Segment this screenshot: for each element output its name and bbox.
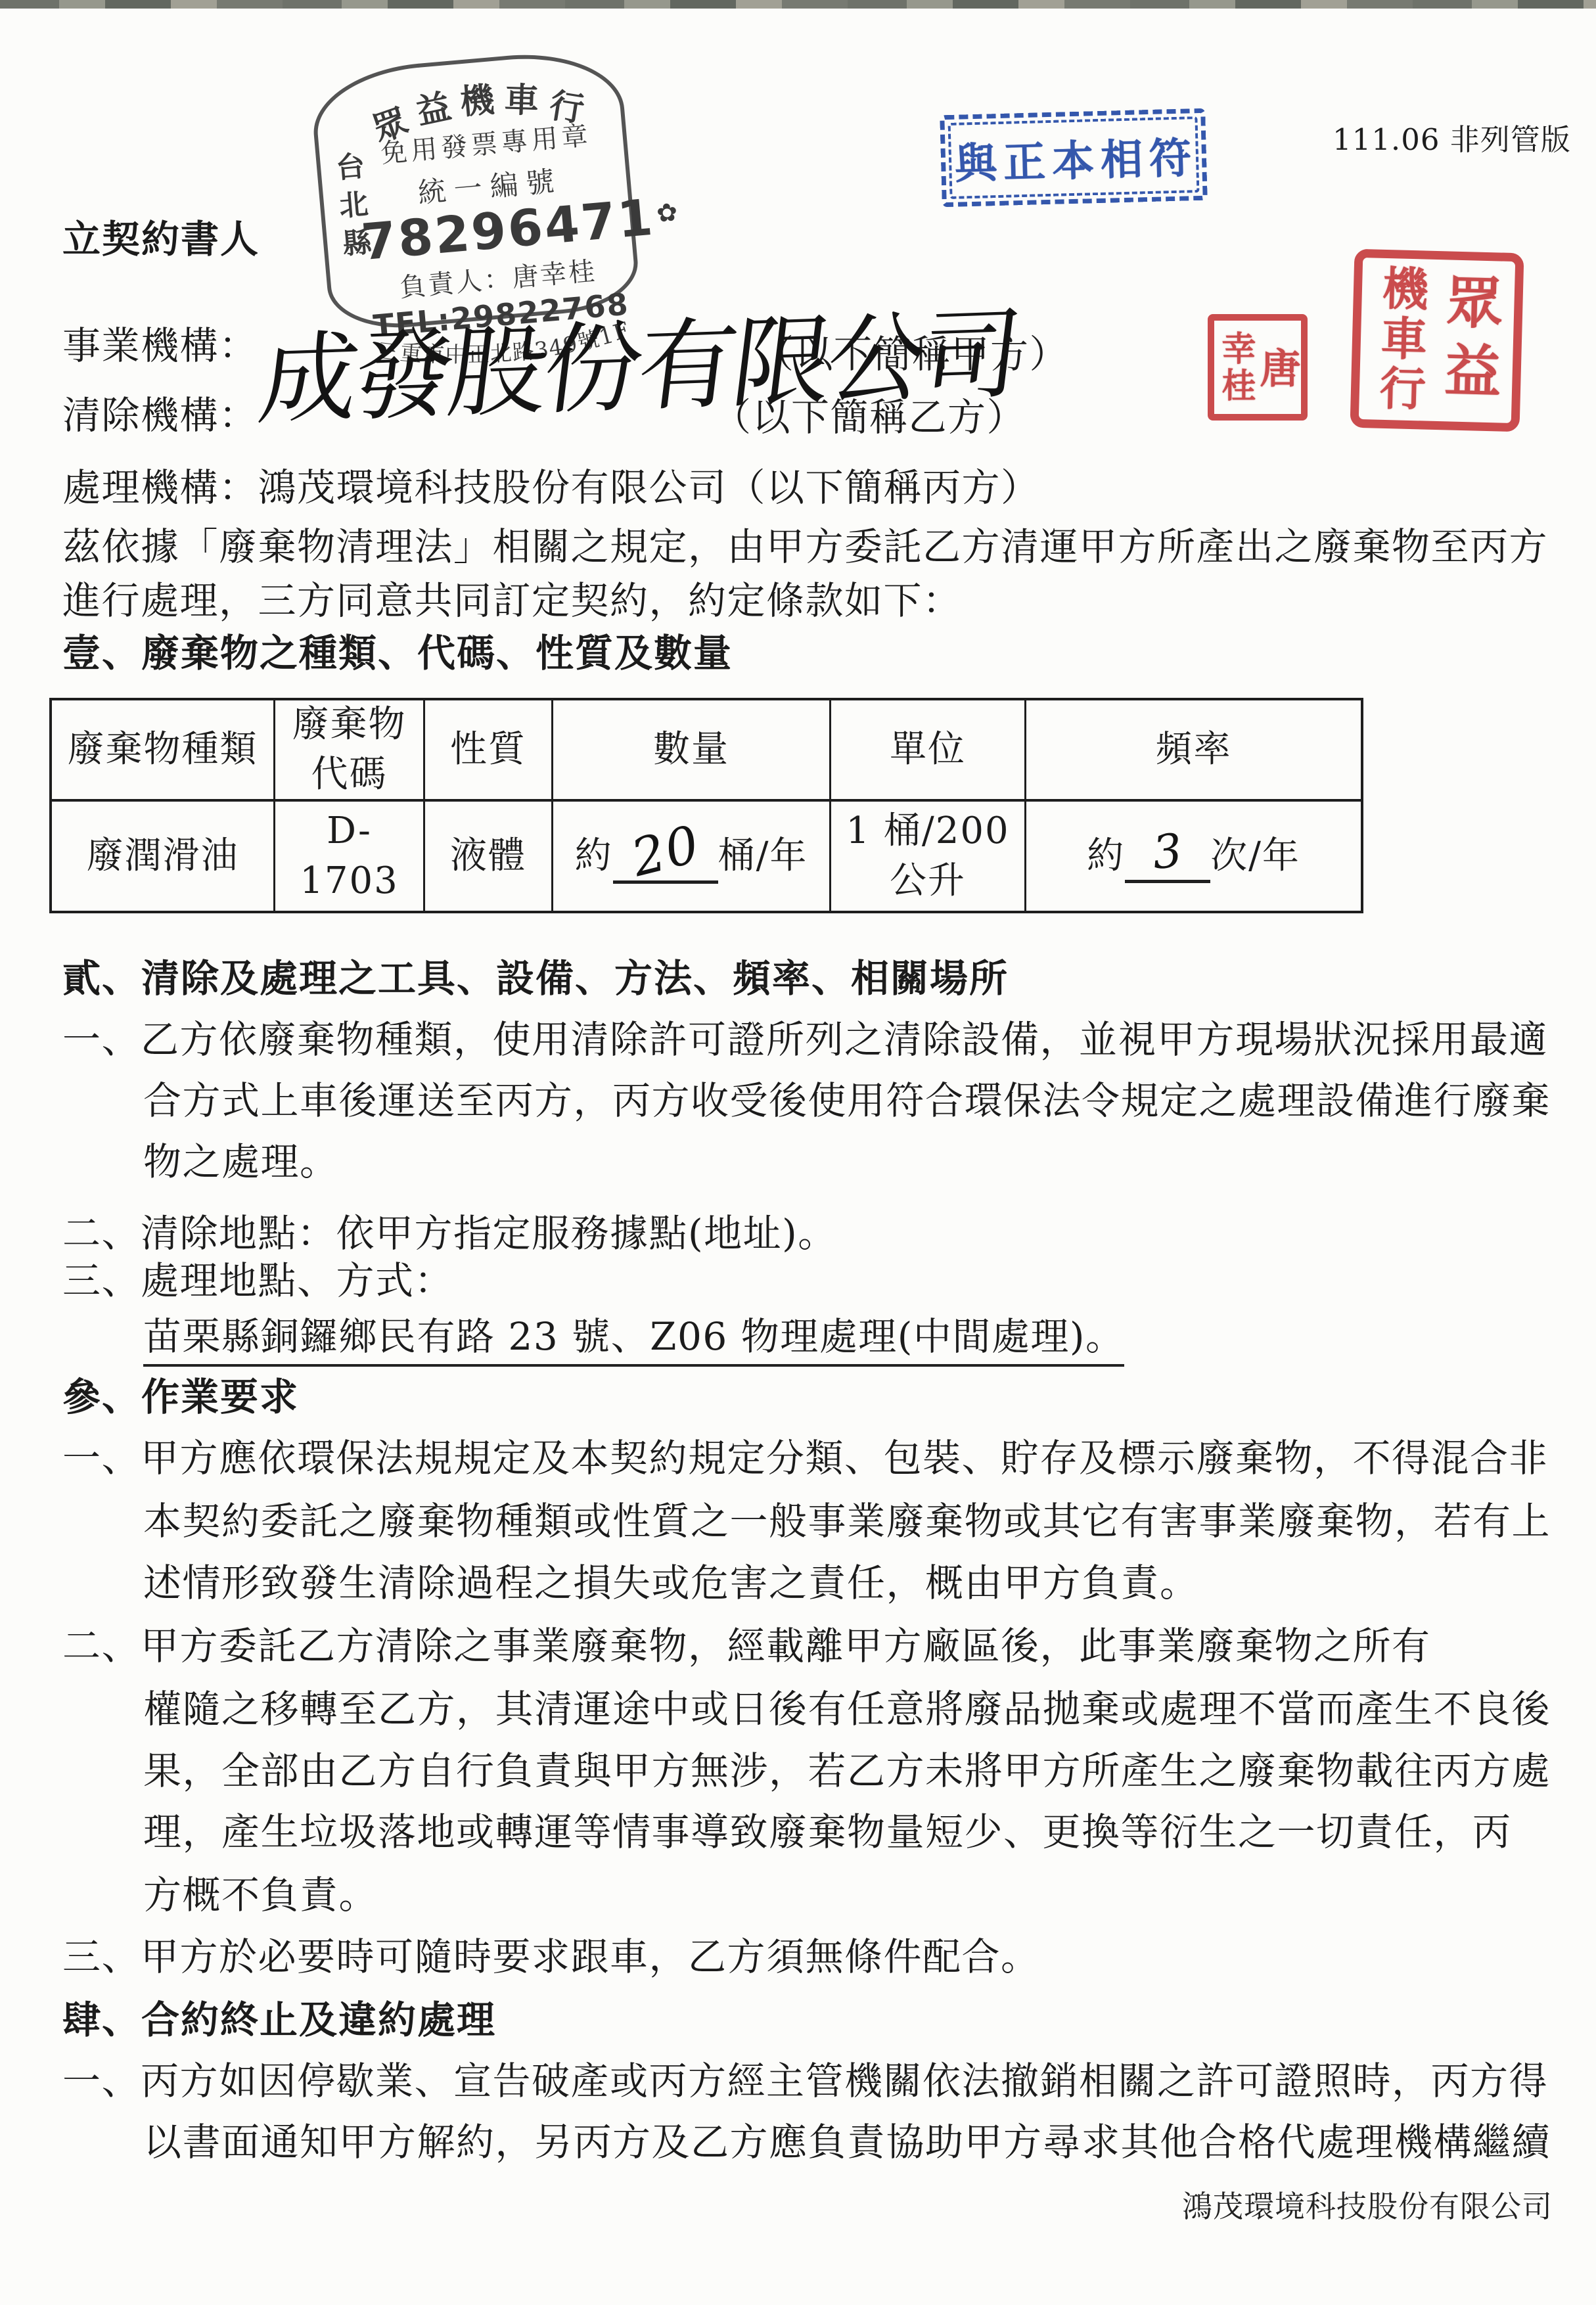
contract-line: 一、丙方如因停歇業、宣告破產或丙方經主管機關依法撤銷相關之許可證照時，丙方得 [62, 2059, 1548, 2103]
header-label: 廢棄物種類 [68, 725, 258, 775]
section-two-heading: 貳、清除及處理之工具、設備、方法、頻率、相關場所 [62, 956, 1009, 1001]
contract-line: 物之處理。 [143, 1139, 339, 1184]
handwritten-frequency-value: 3 [1151, 831, 1185, 871]
footer-company-name: 鴻茂環境科技股份有限公司 [1182, 2183, 1553, 2226]
header-label: 數量 [653, 725, 729, 775]
contract-line: 合方式上車後運送至丙方，丙方收受後使用符合環保法令規定之處理設備進行廢棄 [143, 1078, 1551, 1123]
red-name-seal-right-column: 唐 [1256, 347, 1297, 388]
quantity-prefix: 約 [575, 831, 613, 881]
version-label: 111.06 非列管版 [1333, 116, 1571, 158]
header-label: 頻率 [1156, 725, 1232, 775]
table-cell-unit: 1 桶/200 公升 [829, 802, 1024, 911]
black-company-stamp: 台北縣 眾益機車行 免用發票專用章 統一編號 78296471✿ 負責人：唐幸桂… [309, 46, 642, 334]
contract-line: 三、甲方於必要時可隨時要求跟車，乙方須無條件配合。 [62, 1934, 1040, 1979]
party-line-a-label: 事業機構： [62, 323, 258, 368]
cell-value: 1 桶/200 公升 [838, 806, 1018, 905]
section-three-heading: 參、作業要求 [62, 1375, 299, 1419]
table-header-nature: 性質 [423, 700, 551, 802]
contract-line: 果，全部由乙方自行負責與甲方無涉，若乙方未將甲方所產生之廢棄物載往丙方處 [143, 1748, 1551, 1793]
table-cell-frequency: 約 3 次/年 [1024, 802, 1361, 911]
contract-line: 述情形致發生清除過程之損失或危害之責任，概由甲方負責。 [143, 1561, 1199, 1605]
flower-icon: ✿ [655, 197, 681, 228]
cell-value: 液體 [450, 831, 526, 881]
contract-line: 理，產生垃圾落地或轉運等情事導致廢棄物量短少、更換等衍生之一切責任，丙 [143, 1810, 1512, 1854]
table-header-frequency: 頻率 [1024, 700, 1361, 802]
treatment-location-underlined-line: 苗栗縣銅鑼鄉民有路 23 號、Z06 物理處理(中間處理)。 [143, 1314, 1124, 1367]
contract-line: 一、乙方依廢棄物種類，使用清除許可證所列之清除設備，並視甲方現場狀況採用最適 [62, 1017, 1548, 1062]
table-header-unit: 單位 [829, 700, 1024, 802]
contract-line: 二、甲方委託乙方清除之事業廢棄物，經載離甲方廠區後，此事業廢棄物之所有 [62, 1624, 1431, 1668]
quantity-write-in-blank: 20 [613, 829, 718, 884]
contract-line: 權隨之移轉至乙方，其清運途中或日後有任意將廢品拋棄或處理不當而產生不良後 [143, 1687, 1551, 1731]
contract-document-page: 台北縣 眾益機車行 免用發票專用章 統一編號 78296471✿ 負責人：唐幸桂… [0, 0, 1596, 2305]
red-company-seal-right-column: 眾益 [1438, 272, 1498, 410]
table-cell-waste-type: 廢潤滑油 [52, 802, 273, 911]
section-one-heading: 壹、廢棄物之種類、代碼、性質及數量 [62, 631, 733, 675]
blue-stamp-text: 與正本相符 [949, 124, 1198, 191]
table-header-waste-type: 廢棄物種類 [52, 700, 273, 802]
contract-line: 本契約委託之廢棄物種類或性質之一般事業廢棄物或其它有害事業廢棄物，若有上 [143, 1499, 1551, 1543]
table-cell-quantity: 約 20 桶/年 [551, 802, 829, 911]
quantity-suffix: 桶/年 [718, 831, 808, 881]
party-line-c: 處理機構：鴻茂環境科技股份有限公司（以下簡稱丙方） [62, 465, 1040, 510]
frequency-write-in-blank: 3 [1125, 829, 1210, 884]
red-name-seal-left-column: 幸桂 [1218, 331, 1252, 404]
waste-table: 廢棄物種類 廢棄物代碼 性質 數量 單位 頻率 廢潤滑油 D-1703 液體 約… [49, 698, 1363, 913]
header-label: 廢棄物代碼 [282, 700, 417, 799]
table-header-waste-code: 廢棄物代碼 [273, 700, 423, 802]
table-cell-nature: 液體 [423, 802, 551, 911]
frequency-suffix: 次/年 [1210, 831, 1300, 881]
cell-value: D-1703 [282, 806, 417, 905]
section-four-heading: 肆、合約終止及違約處理 [62, 1997, 496, 2042]
blue-certification-stamp: 與正本相符 [940, 108, 1208, 208]
handwritten-quantity-value: 20 [628, 824, 704, 880]
preamble-line: 進行處理，三方同意共同訂定契約，約定條款如下： [62, 578, 962, 623]
contract-line: 二、清除地點：依甲方指定服務據點(地址)。 [62, 1211, 837, 1256]
cell-value: 廢潤滑油 [87, 831, 239, 881]
contract-line: 一、甲方應依環保法規規定及本契約規定分類、包裝、貯存及標示廢棄物，不得混合非 [62, 1436, 1548, 1480]
header-label: 單位 [890, 725, 966, 775]
contract-line: 以書面通知甲方解約，另丙方及乙方應負責協助甲方尋求其他合格代處理機構繼續 [143, 2120, 1551, 2164]
red-company-seal: 眾益 機車行 [1350, 249, 1524, 432]
preamble-line: 茲依據「廢棄物清理法」相關之規定，由甲方委託乙方清運甲方所產出之廢棄物至丙方 [62, 524, 1548, 569]
contract-line: 三、處理地點、方式： [62, 1258, 453, 1303]
party-line-b-label: 清除機構： [62, 393, 258, 438]
red-company-seal-left-column: 機車行 [1375, 264, 1425, 415]
party-line-b-suffix: （以下簡稱乙方） [713, 386, 1026, 442]
table-cell-waste-code: D-1703 [273, 802, 423, 911]
header-label: 性質 [450, 725, 526, 775]
parties-heading: 立契約書人 [62, 217, 260, 262]
frequency-prefix: 約 [1087, 831, 1125, 881]
contract-line: 方概不負責。 [143, 1873, 378, 1917]
red-name-seal: 唐 幸桂 [1208, 314, 1308, 421]
scanner-artifact-band [0, 0, 1596, 9]
table-header-quantity: 數量 [551, 700, 829, 802]
